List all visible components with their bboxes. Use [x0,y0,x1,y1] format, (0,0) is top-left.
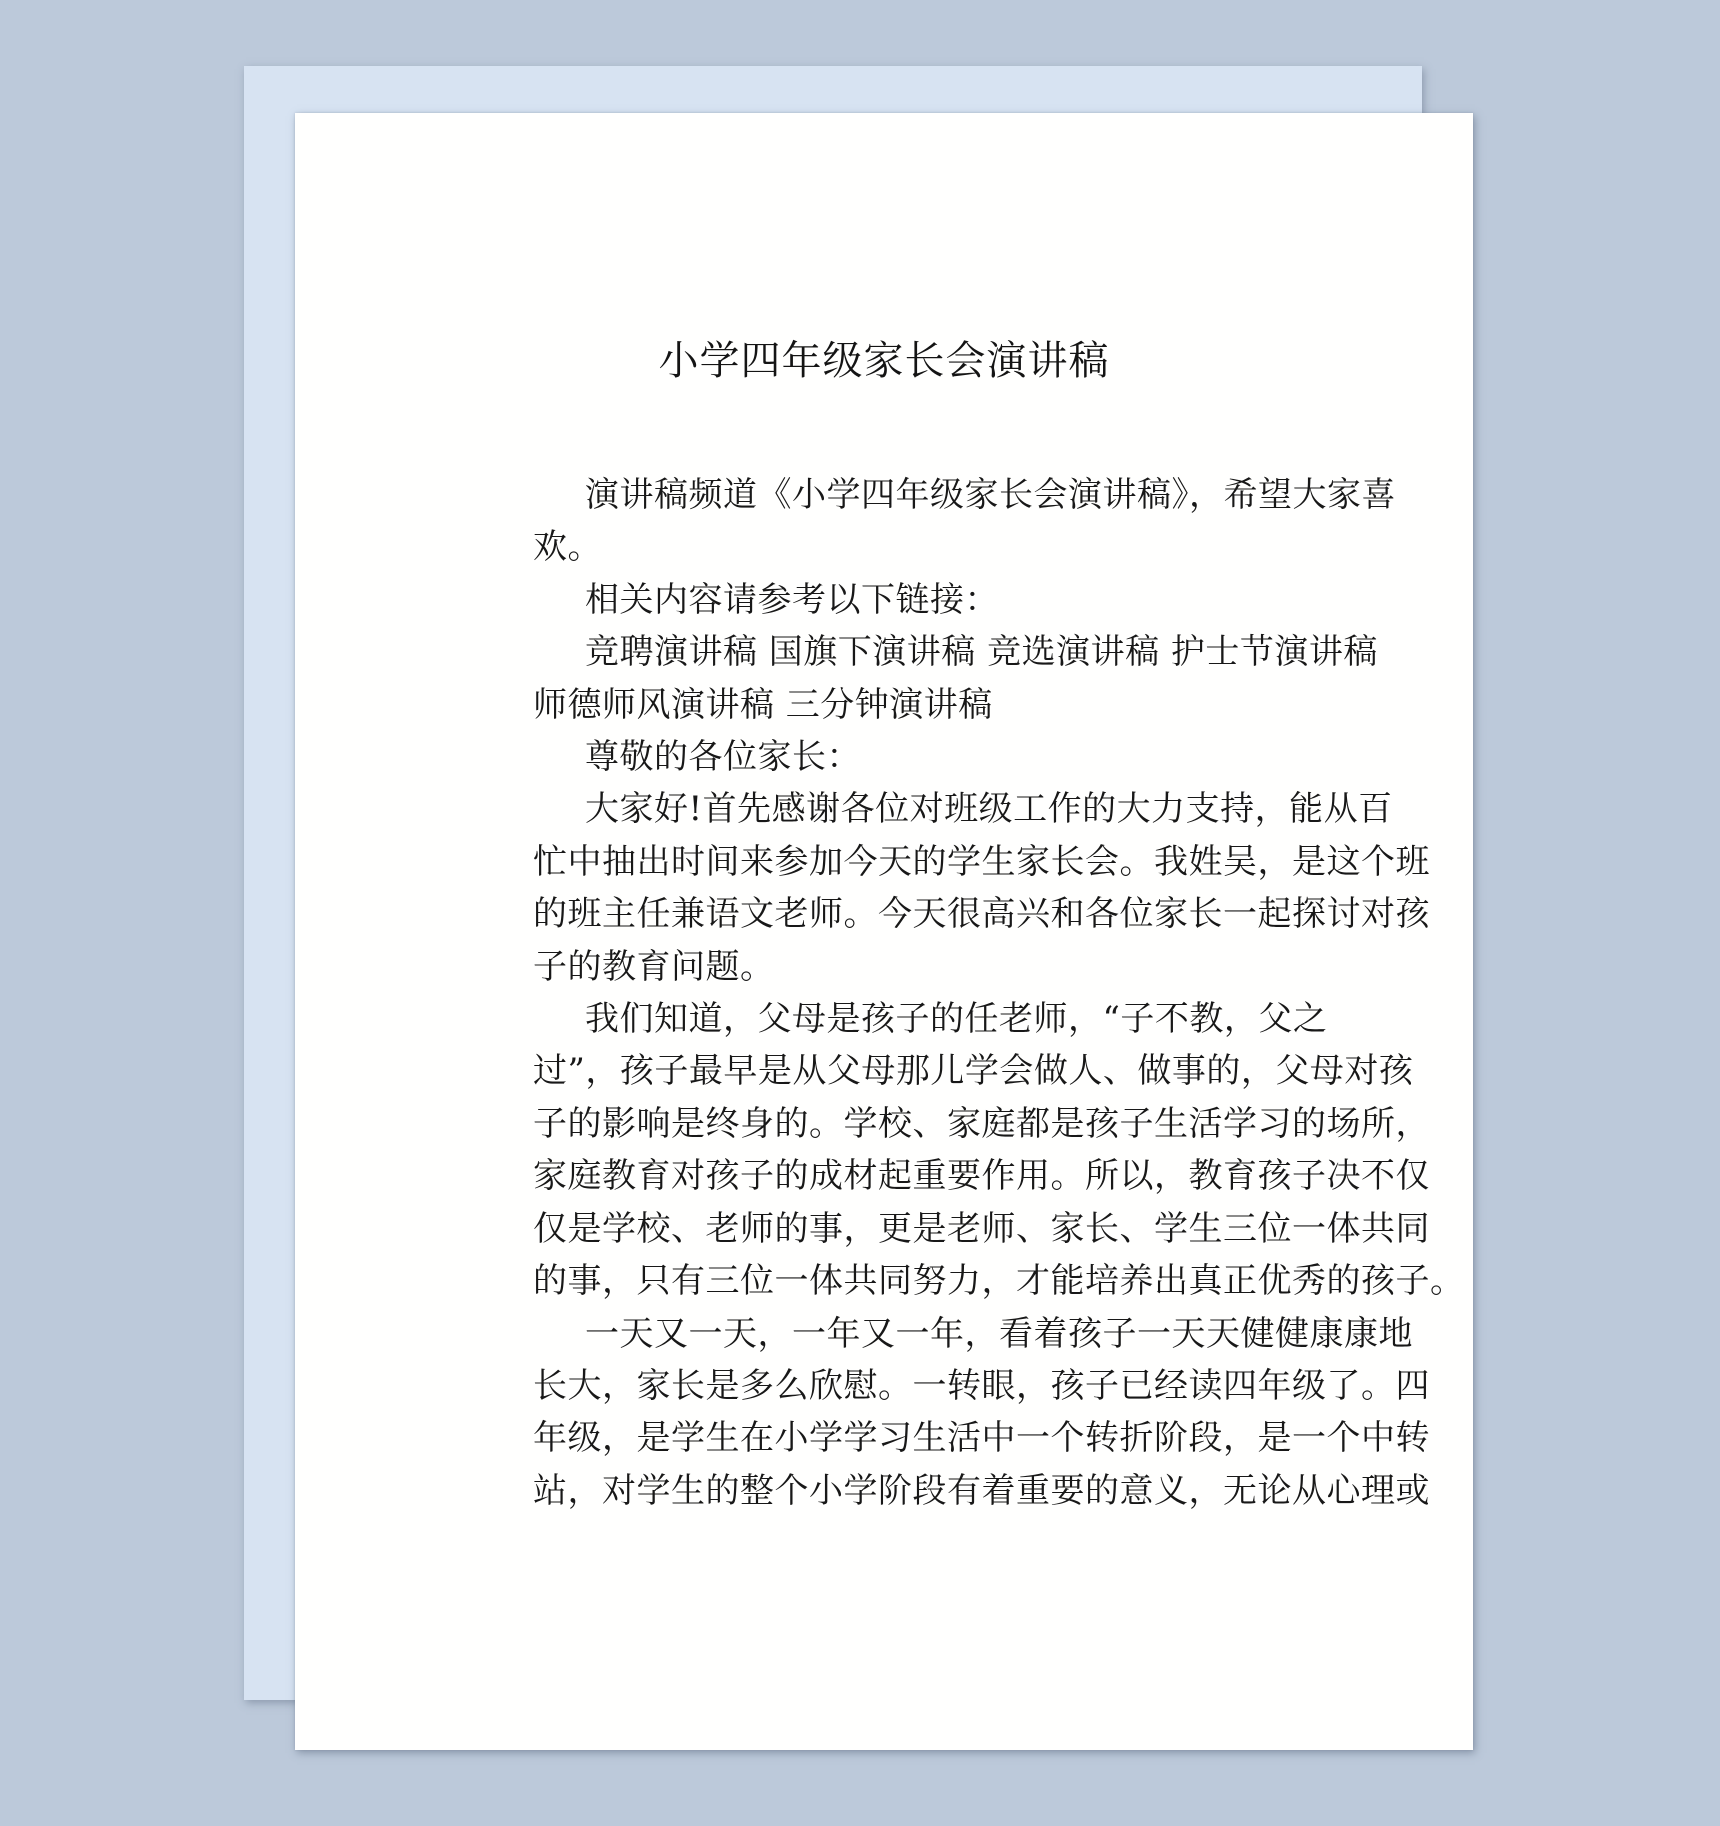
document-line: 忙中抽出时间来参加今天的学生家长会。我姓吴，是这个班 [533,836,1498,888]
document-line: 仅是学校、老师的事，更是老师、家长、学生三位一体共同 [533,1203,1498,1255]
document-body: 演讲稿频道《小学四年级家长会演讲稿》，希望大家喜欢。相关内容请参考以下链接：竞聘… [533,469,1498,1517]
document-line: 欢。 [533,521,1498,573]
document-line: 演讲稿频道《小学四年级家长会演讲稿》，希望大家喜 [533,469,1498,521]
document-line: 一天又一天，一年又一年，看着孩子一天天健健康康地 [533,1308,1498,1360]
document-line: 我们知道，父母是孩子的任老师，“子不教，父之 [533,993,1498,1045]
document-line: 过”，孩子最早是从父母那儿学会做人、做事的，父母对孩 [533,1045,1498,1097]
document-line: 师德师风演讲稿 三分钟演讲稿 [533,679,1498,731]
document-title: 小学四年级家长会演讲稿 [295,339,1473,383]
document-line: 站，对学生的整个小学阶段有着重要的意义，无论从心理或 [533,1465,1498,1517]
document-line: 的班主任兼语文老师。今天很高兴和各位家长一起探讨对孩 [533,888,1498,940]
document-line: 子的影响是终身的。学校、家庭都是孩子生活学习的场所， [533,1098,1498,1150]
document-line: 家庭教育对孩子的成材起重要作用。所以，教育孩子决不仅 [533,1150,1498,1202]
document-line: 尊敬的各位家长： [533,731,1498,783]
document-line: 竞聘演讲稿 国旗下演讲稿 竞选演讲稿 护士节演讲稿 [533,626,1498,678]
document-line: 长大，家长是多么欣慰。一转眼，孩子已经读四年级了。四 [533,1360,1498,1412]
document-page: 小学四年级家长会演讲稿 演讲稿频道《小学四年级家长会演讲稿》，希望大家喜欢。相关… [295,113,1473,1750]
document-line: 大家好!首先感谢各位对班级工作的大力支持，能从百 [533,783,1498,835]
document-line: 相关内容请参考以下链接： [533,574,1498,626]
document-line: 子的教育问题。 [533,941,1498,993]
document-line: 的事，只有三位一体共同努力，才能培养出真正优秀的孩子。 [533,1255,1498,1307]
canvas-background: 小学四年级家长会演讲稿 演讲稿频道《小学四年级家长会演讲稿》，希望大家喜欢。相关… [0,0,1720,1826]
document-line: 年级，是学生在小学学习生活中一个转折阶段，是一个中转 [533,1412,1498,1464]
